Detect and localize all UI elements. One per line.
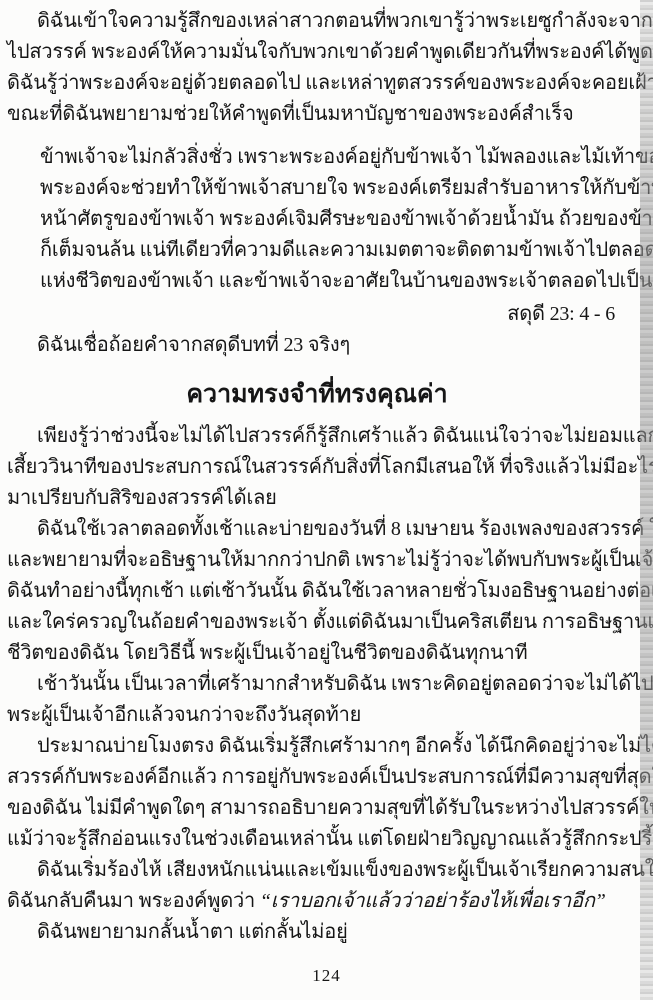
book-page: ดิฉันเข้าใจความรู้สึกของเหล่าสาวกตอนที่พ… xyxy=(0,0,653,1000)
text-line: สดุดี 23: 4 - 6 xyxy=(7,299,615,330)
text-line: ดิฉันใช้เวลาตลอดทั้งเช้าและบ่ายของวันที่… xyxy=(7,514,627,545)
spoken-quote: “เราบอกเจ้าแล้วว่าอย่าร้องไห้เพื่อเราอีก… xyxy=(260,890,606,912)
text-line: ไปสวรรค์ พระองค์ให้ความมั่นใจกับพวกเขาด้… xyxy=(7,37,627,68)
text-line: ดิฉันเริ่มร้องไห้ เสียงหนักแน่นและเข้มแข… xyxy=(7,855,627,886)
page-number: 124 xyxy=(0,966,653,986)
psalm-citation: สดุดี 23: 4 - 6 xyxy=(7,299,615,330)
text-line: ดิฉันเชื่อถ้อยคำจากสดุดีบทที่ 23 จริงๆ xyxy=(7,330,627,361)
belief-paragraph: ดิฉันเชื่อถ้อยคำจากสดุดีบทที่ 23 จริงๆ xyxy=(7,330,627,361)
psalm-quote: ข้าพเจ้าจะไม่กลัวสิ่งชั่ว เพราะพระองค์อย… xyxy=(40,142,627,297)
paragraph-holding-tears: ดิฉันพยายามกลั้นน้ำตา แต่กลั้นไม่อยู่ xyxy=(7,917,627,948)
paragraph-sorrow: เพียงรู้ว่าช่วงนี้จะไม่ได้ไปสวรรค์ก็รู้ส… xyxy=(7,421,627,514)
text-line: ดิฉันพยายามกลั้นน้ำตา แต่กลั้นไม่อยู่ xyxy=(7,917,627,948)
text-line: และพยายามที่จะอธิษฐานให้มากกว่าปกติ เพรา… xyxy=(7,545,627,576)
text-line: ดิฉันเข้าใจความรู้สึกของเหล่าสาวกตอนที่พ… xyxy=(7,6,627,37)
text-line: ข้าพเจ้าจะไม่กลัวสิ่งชั่ว เพราะพระองค์อย… xyxy=(40,142,627,173)
text-line: แม้ว่าจะรู้สึกอ่อนแรงในช่วงเดือนเหล่านั้… xyxy=(7,824,627,855)
text-line: ของดิฉัน ไม่มีคำพูดใดๆ สามารถอธิบายความส… xyxy=(7,793,627,824)
text-line: เช้าวันนั้น เป็นเวลาที่เศร้ามากสำหรับดิฉ… xyxy=(7,669,627,700)
text-line: พระผู้เป็นเจ้าอีกแล้วจนกว่าจะถึงวันสุดท้… xyxy=(7,700,627,731)
text-line: เพียงรู้ว่าช่วงนี้จะไม่ได้ไปสวรรค์ก็รู้ส… xyxy=(7,421,627,452)
paragraph-morning-prayer: ดิฉันใช้เวลาตลอดทั้งเช้าและบ่ายของวันที่… xyxy=(7,514,627,669)
paragraph-sad-morning: เช้าวันนั้น เป็นเวลาที่เศร้ามากสำหรับดิฉ… xyxy=(7,669,627,731)
section-heading: ความทรงจำที่ทรงคุณค่า xyxy=(7,379,627,411)
text-line: ก็เต็มจนล้น แน่ทีเดียวที่ความดีและความเม… xyxy=(40,235,627,266)
text-line: เสี้ยววินาทีของประสบการณ์ในสวรรค์กับสิ่ง… xyxy=(7,452,627,483)
paragraph-crying: ดิฉันเริ่มร้องไห้ เสียงหนักแน่นและเข้มแข… xyxy=(7,855,627,917)
text-line: ความทรงจำที่ทรงคุณค่า xyxy=(7,379,627,411)
text-line: หน้าศัตรูของข้าพเจ้า พระองค์เจิมศีรษะของ… xyxy=(40,204,627,235)
text-line: ประมาณบ่ายโมงตรง ดิฉันเริ่มรู้สึกเศร้ามา… xyxy=(7,731,627,762)
text-line: ขณะที่ดิฉันพยายามช่วยให้คำพูดที่เป็นมหาบ… xyxy=(7,99,627,130)
paragraph-afternoon: ประมาณบ่ายโมงตรง ดิฉันเริ่มรู้สึกเศร้ามา… xyxy=(7,731,627,855)
text-line: แห่งชีวิตของข้าพเจ้า และข้าพเจ้าจะอาศัยใ… xyxy=(40,266,627,297)
text-line: และใคร่ครวญในถ้อยคำของพระเจ้า ตั้งแต่ดิฉ… xyxy=(7,607,627,638)
document-body: ดิฉันเข้าใจความรู้สึกของเหล่าสาวกตอนที่พ… xyxy=(7,6,627,948)
text-line: ดิฉันทำอย่างนี้ทุกเช้า แต่เช้าวันนั้น ดิ… xyxy=(7,576,627,607)
text-line: สวรรค์กับพระองค์อีกแล้ว การอยู่กับพระองค… xyxy=(7,762,627,793)
text-line: ดิฉันรู้ว่าพระองค์จะอยู่ด้วยตลอดไป และเห… xyxy=(7,68,627,99)
opening-paragraph: ดิฉันเข้าใจความรู้สึกของเหล่าสาวกตอนที่พ… xyxy=(7,6,627,130)
text-line: พระองค์จะช่วยทำให้ข้าพเจ้าสบายใจ พระองค์… xyxy=(40,173,627,204)
text-line: มาเปรียบกับสิริของสวรรค์ได้เลย xyxy=(7,483,627,514)
text-line: ดิฉันกลับคืนมา พระองค์พูดว่า “เราบอกเจ้า… xyxy=(7,886,627,917)
text-segment: ดิฉันกลับคืนมา พระองค์พูดว่า xyxy=(7,890,260,912)
text-line: ชีวิตของดิฉัน โดยวิธีนี้ พระผู้เป็นเจ้าอ… xyxy=(7,638,627,669)
scan-edge xyxy=(640,0,653,1000)
